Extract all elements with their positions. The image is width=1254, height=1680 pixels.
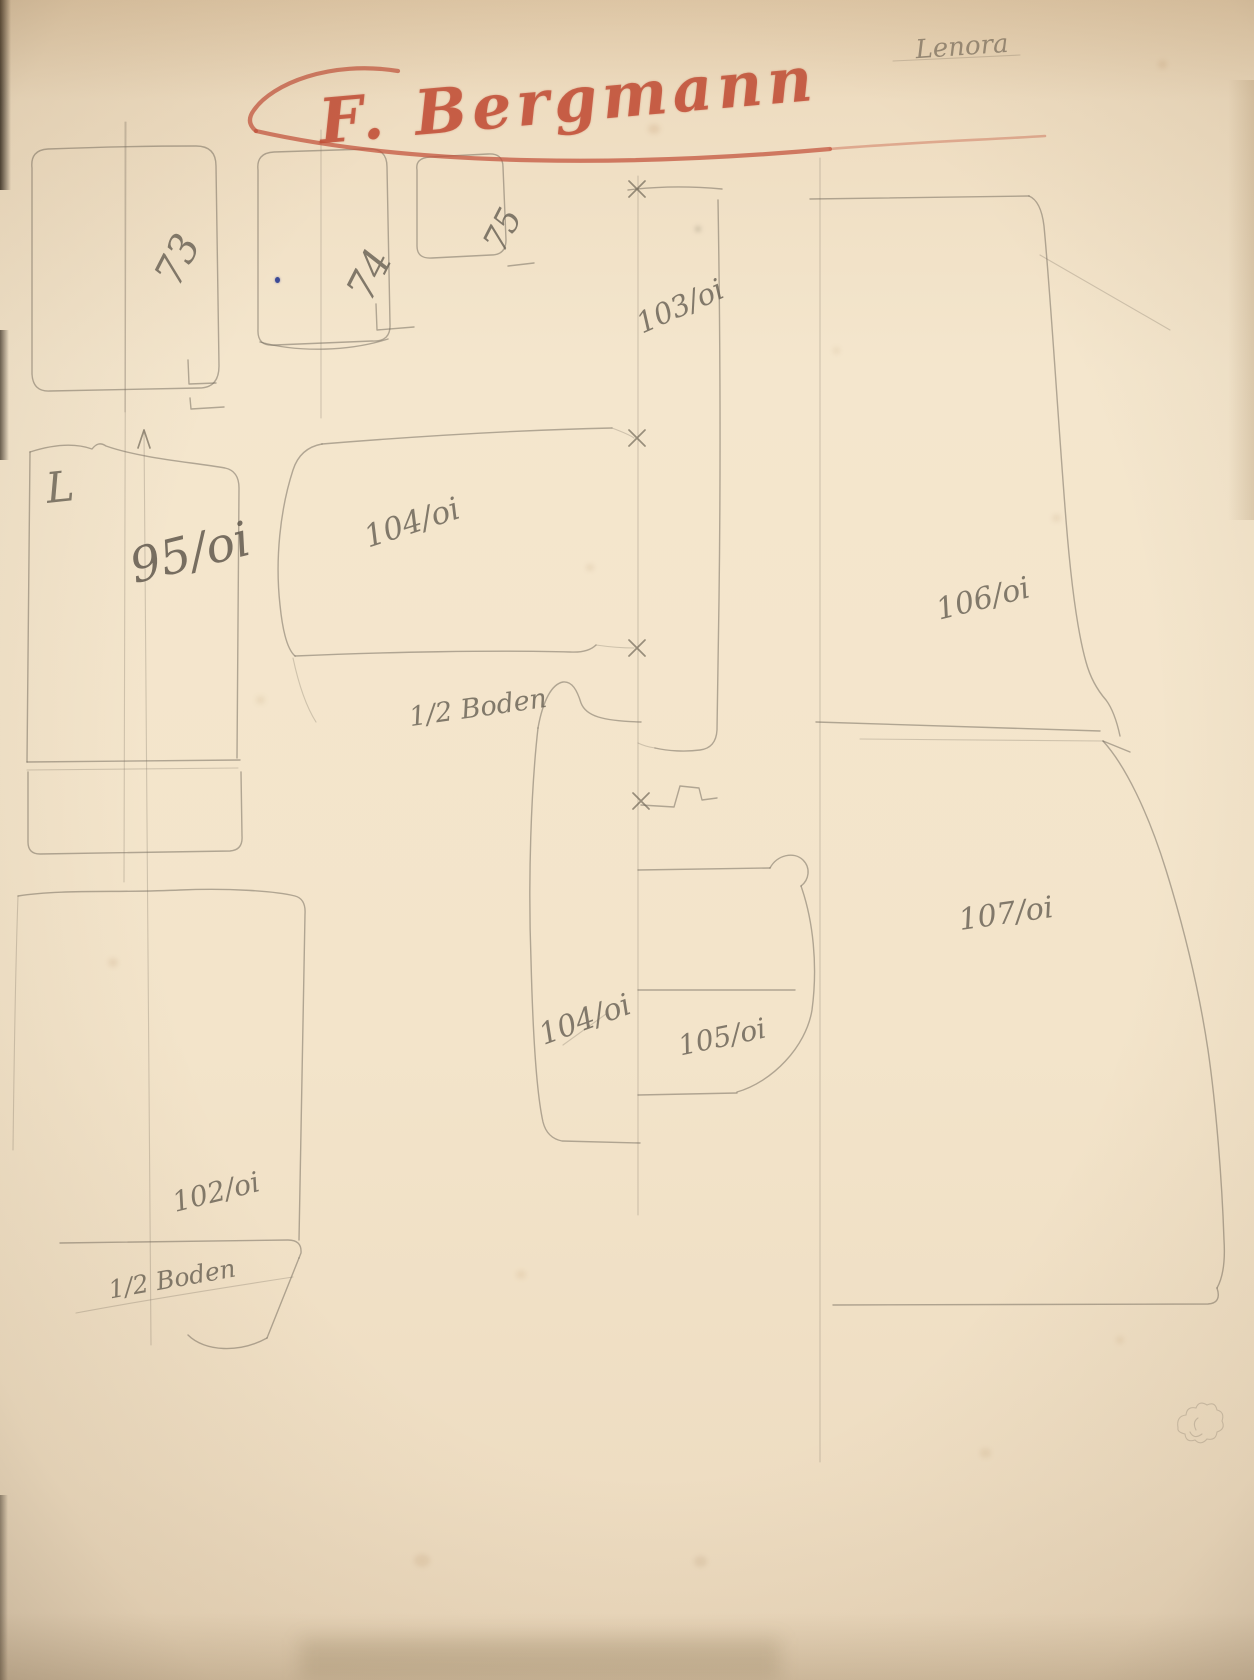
shape-95-outline <box>27 122 242 1345</box>
shape-75-outline <box>417 154 534 266</box>
pattern-sheet: F. Bergmann Lenora 73 74 75 L 95/oi 103/… <box>0 0 1254 1680</box>
shape-104-center-outline <box>278 428 634 722</box>
shape-106-outline <box>810 158 1170 1462</box>
x-marks <box>629 181 649 809</box>
corner-doodle <box>1178 1403 1224 1443</box>
shape-107-outline <box>816 722 1224 1305</box>
ink-dot <box>275 277 280 283</box>
flask-profile-curve <box>530 682 641 1143</box>
letter-mark: L <box>44 461 77 513</box>
